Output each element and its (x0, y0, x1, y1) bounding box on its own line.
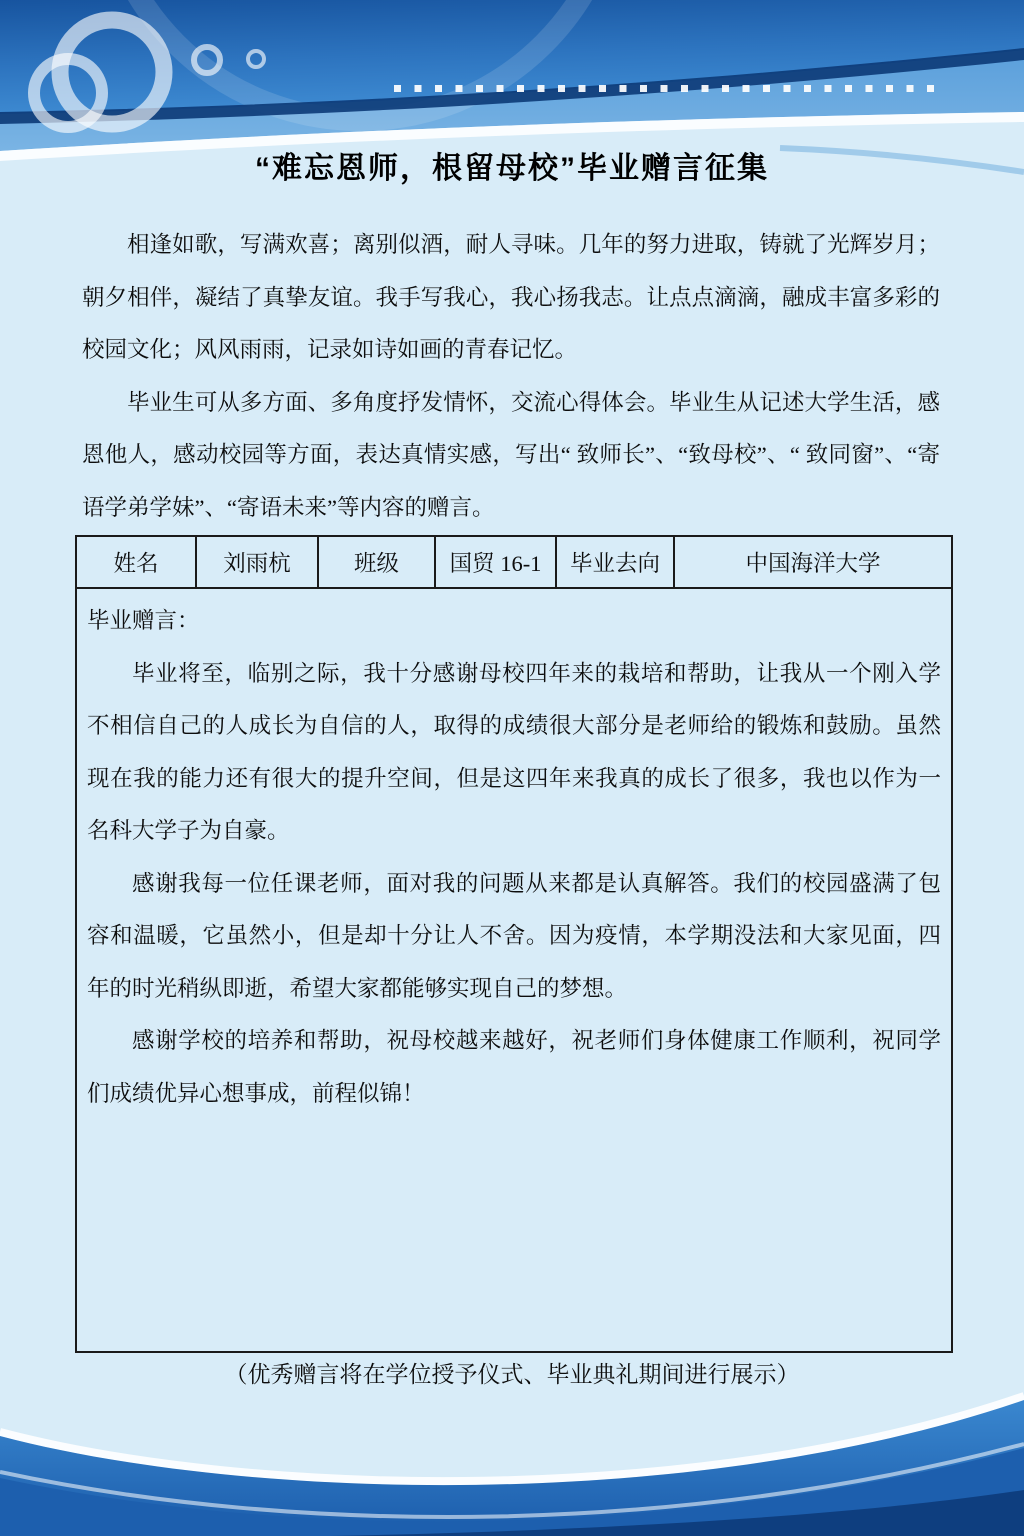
class-label-cell: 班级 (318, 536, 435, 588)
graduate-info-table: 姓名 刘雨杭 班级 国贸 16-1 毕业去向 中国海洋大学 毕业赠言： 毕业将至… (75, 535, 953, 1353)
message-paragraph-1: 毕业将至，临别之际，我十分感谢母校四年来的栽培和帮助，让我从一个刚入学不相信自己… (87, 648, 941, 858)
message-cell: 毕业赠言： 毕业将至，临别之际，我十分感谢母校四年来的栽培和帮助，让我从一个刚入… (76, 588, 952, 1352)
intro-paragraph-2: 毕业生可从多方面、多角度抒发情怀，交流心得体会。毕业生从记述大学生活，感恩他人，… (82, 377, 940, 535)
footer-decoration (0, 1386, 1024, 1536)
class-value-cell: 国贸 16-1 (435, 536, 556, 588)
dotted-line-ornament (394, 85, 934, 92)
message-paragraph-2: 感谢我每一位任课老师，面对我的问题从来都是认真解答。我们的校园盛满了包容和温暖，… (87, 858, 941, 1016)
destination-label-cell: 毕业去向 (556, 536, 674, 588)
intro-paragraph-1: 相逢如歌，写满欢喜；离别似酒，耐人寻味。几年的努力进取，铸就了光辉岁月；朝夕相伴… (82, 219, 940, 377)
destination-value-cell: 中国海洋大学 (674, 536, 952, 588)
message-label: 毕业赠言： (87, 595, 941, 648)
intro-section: 相逢如歌，写满欢喜；离别似酒，耐人寻味。几年的努力进取，铸就了光辉岁月；朝夕相伴… (82, 219, 940, 534)
name-label-cell: 姓名 (76, 536, 196, 588)
message-row: 毕业赠言： 毕业将至，临别之际，我十分感谢母校四年来的栽培和帮助，让我从一个刚入… (76, 588, 952, 1352)
name-value-cell: 刘雨杭 (196, 536, 318, 588)
message-paragraph-3: 感谢学校的培养和帮助，祝母校越来越好，祝老师们身体健康工作顺利，祝同学们成绩优异… (87, 1015, 941, 1120)
info-header-row: 姓名 刘雨杭 班级 国贸 16-1 毕业去向 中国海洋大学 (76, 536, 952, 588)
poster-page: “难忘恩师，根留母校”毕业赠言征集 相逢如歌，写满欢喜；离别似酒，耐人寻味。几年… (0, 0, 1024, 1536)
page-title: “难忘恩师，根留母校”毕业赠言征集 (0, 143, 1024, 187)
